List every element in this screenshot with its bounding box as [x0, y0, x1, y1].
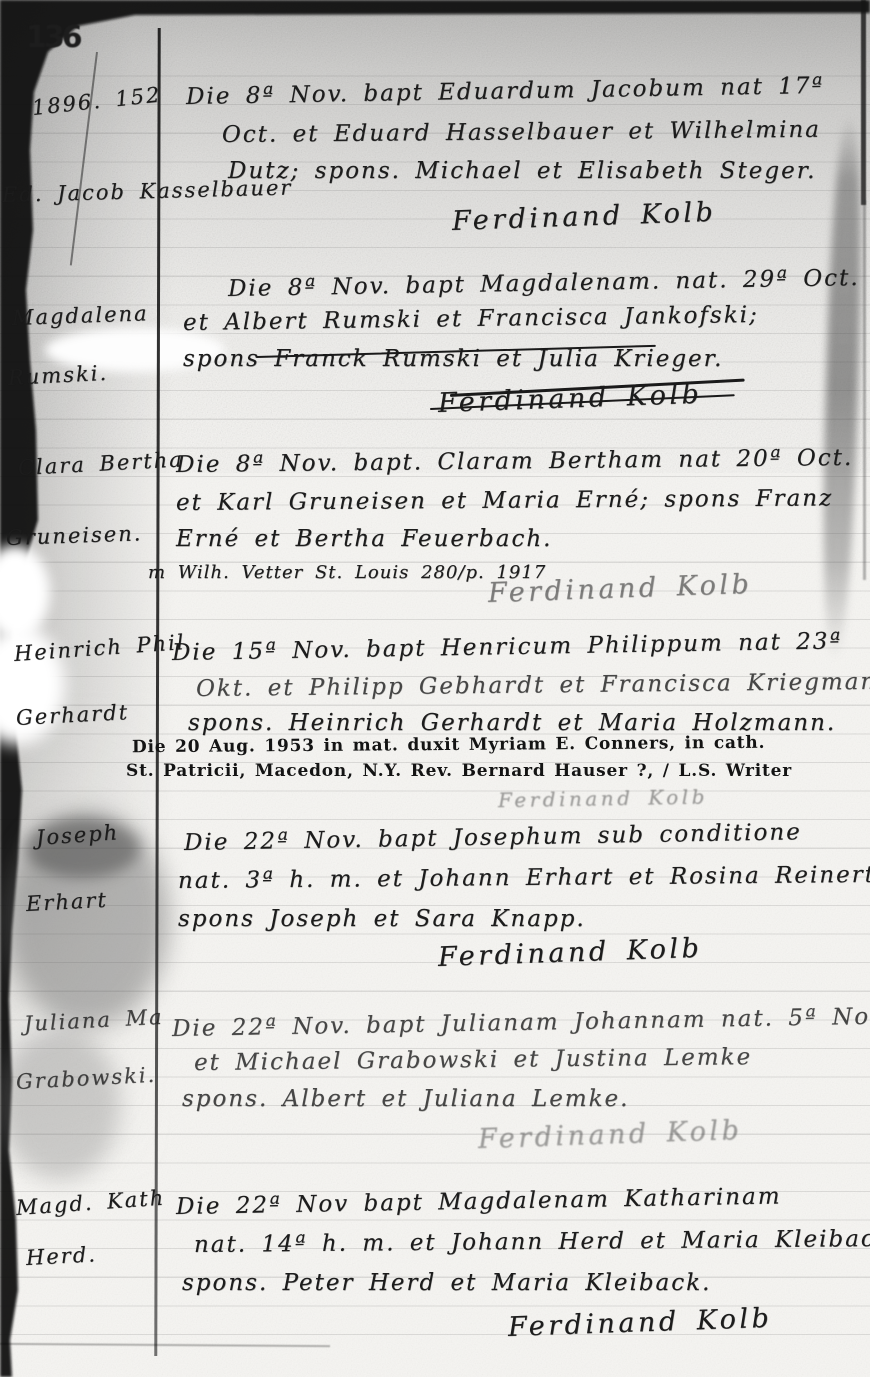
entry7-body-line3: spons. Peter Herd et Maria Kleiback. — [182, 1270, 711, 1296]
entry1-body-line3: Dutz; spons. Michael et Elisabeth Steger… — [228, 158, 816, 184]
entry5-body-line3: spons Joseph et Sara Knapp. — [178, 906, 586, 932]
entry7-margin-surname: Herd. — [25, 1242, 97, 1270]
entry6-body-line3: spons. Albert et Juliana Lemke. — [182, 1086, 629, 1112]
entry1-body-line2: Oct. et Eduard Hasselbauer et Wilhelmina — [222, 117, 821, 148]
scan-edge-right — [861, 0, 866, 205]
entry4-marriage-annotation-line2: St. Patricii, Macedon, N.Y. Rev. Bernard… — [126, 761, 792, 781]
entry4-signature: Ferdinand Kolb — [498, 784, 708, 812]
entry2-margin-name: Magdalena — [12, 301, 149, 330]
entry3-body-line2: et Karl Gruneisen et Maria Erné; spons F… — [176, 485, 833, 516]
page-number: 136 — [26, 20, 80, 55]
entry3-margin-surname: Gruneisen. — [6, 521, 143, 550]
entry3-body-line3: Erné et Bertha Feuerbach. — [176, 526, 552, 552]
scan-edge-right — [863, 200, 866, 580]
scanned-register-page: 136 1896. 152 Die 8ª Nov. bapt Eduardum … — [0, 0, 870, 1377]
entry5-margin-surname: Erhart — [25, 888, 108, 916]
